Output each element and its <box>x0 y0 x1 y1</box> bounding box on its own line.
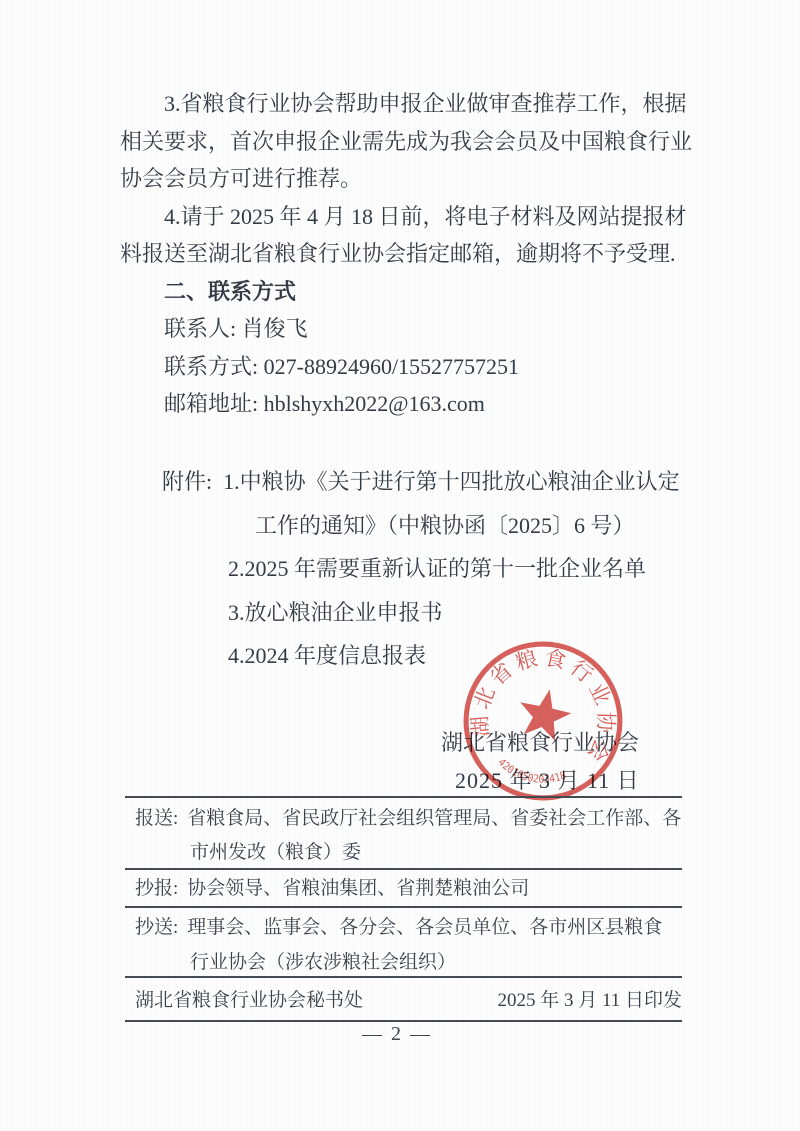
section-heading-contact: 二、联系方式 <box>120 273 720 311</box>
attachment-item-1: 1.中粮协《关于进行第十四批放心粮油企业认定 <box>223 469 680 494</box>
attachment-item-3: 3.放心粮油企业申报书 <box>120 591 740 635</box>
attachment-item-4: 4.2024 年度信息报表 <box>120 634 740 678</box>
contact-email-line: 邮箱地址: hblshyxh2022@163.com <box>120 385 720 423</box>
table-rule-2 <box>125 868 682 870</box>
seal-icon: 湖北省粮食行业协会 4201050203418 <box>446 624 641 819</box>
body-text-block: 3.省粮食行业协会帮助申报企业做审查推荐工作，根据 相关要求，首次申报企业需先成… <box>120 85 720 423</box>
contact-phone-line: 联系方式: 027-88924960/15527757251 <box>120 348 720 386</box>
paragraph-3-line-2: 相关要求，首次申报企业需先成为我会会员及中国粮食行业 <box>120 123 720 161</box>
paragraph-3-line-1: 3.省粮食行业协会帮助申报企业做审查推荐工作，根据 <box>120 85 720 123</box>
paragraph-4-line-2: 料报送至湖北省粮食行业协会指定邮箱，逾期将不予受理. <box>120 235 720 273</box>
chaosong-content-1: 理事会、监事会、各分会、各会员单位、各市州区县粮食 <box>187 917 662 938</box>
baosong-label: 报送: <box>135 806 178 832</box>
attachments-label: 附件: <box>162 469 212 494</box>
table-row-baosong-line-2: 市州发改（粮食）委 <box>190 840 361 866</box>
paragraph-3-line-3: 协会会员方可进行推荐。 <box>120 160 720 198</box>
contact-person-line: 联系人: 肖俊飞 <box>120 310 720 348</box>
chaobao-label: 抄报: <box>135 876 178 902</box>
table-row-chaobao: 抄报:协会领导、省粮油集团、省荆楚粮油公司 <box>135 876 529 902</box>
chaosong-label: 抄送: <box>135 915 178 941</box>
table-rule-top <box>125 796 682 798</box>
attachments-block: 附件:1.中粮协《关于进行第十四批放心粮油企业认定 工作的通知》（中粮协函〔20… <box>120 460 740 678</box>
attachment-line-1: 附件:1.中粮协《关于进行第十四批放心粮油企业认定 <box>120 460 740 504</box>
attachment-item-2: 2.2025 年需要重新认证的第十一批企业名单 <box>120 547 740 591</box>
table-rule-3 <box>125 906 682 908</box>
seal-star-icon <box>514 684 575 743</box>
chaobao-content: 协会领导、省粮油集团、省荆楚粮油公司 <box>187 878 529 899</box>
table-footer-print-date: 2025 年 3 月 11 日印发 <box>497 988 682 1014</box>
table-row-chaosong-line-2: 行业协会（涉农涉粮社会组织） <box>190 950 456 976</box>
table-row-baosong-line-1: 报送:省粮食局、省民政厅社会组织管理局、省委社会工作部、各 <box>135 806 681 832</box>
attachment-item-1-continued: 工作的通知》（中粮协函〔2025〕6 号） <box>120 504 740 548</box>
page-number: — 2 — <box>0 1021 794 1047</box>
table-row-chaosong-line-1: 抄送:理事会、监事会、各分会、各会员单位、各市州区县粮食 <box>135 915 662 941</box>
paragraph-4-line-1: 4.请于 2025 年 4 月 18 日前，将电子材料及网站提报材 <box>120 198 720 236</box>
official-seal-stamp: 湖北省粮食行业协会 4201050203418 <box>446 624 641 819</box>
table-rule-4 <box>125 976 682 978</box>
baosong-content-1: 省粮食局、省民政厅社会组织管理局、省委社会工作部、各 <box>187 808 681 829</box>
table-footer-issuer: 湖北省粮食行业协会秘书处 <box>135 988 363 1014</box>
document-page: 3.省粮食行业协会帮助申报企业做审查推荐工作，根据 相关要求，首次申报企业需先成… <box>0 0 800 1131</box>
